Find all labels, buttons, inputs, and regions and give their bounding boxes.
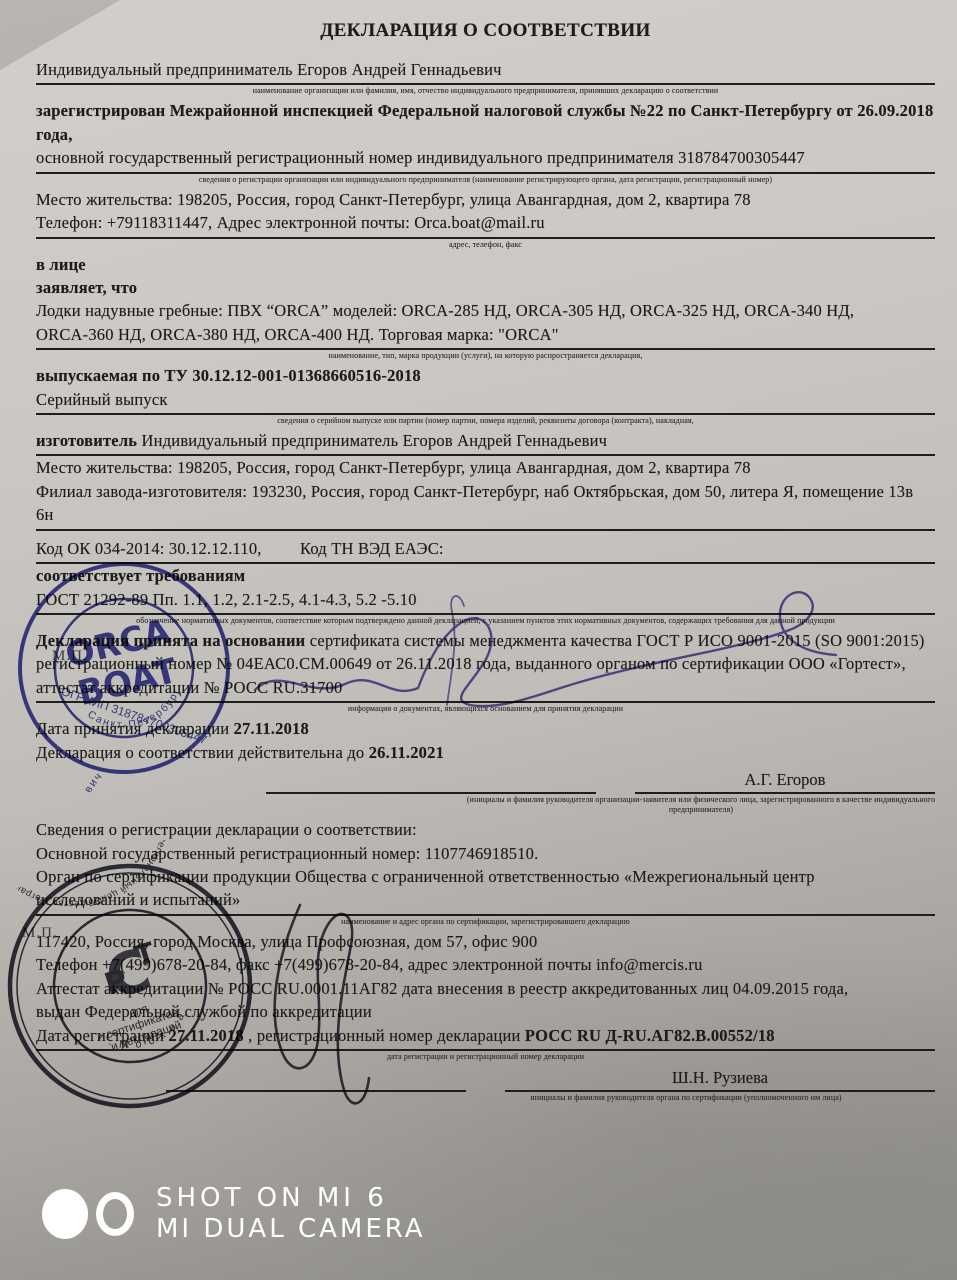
camera-dot-filled-icon	[42, 1189, 88, 1239]
watermark-line2: MI DUAL CAMERA	[156, 1214, 426, 1245]
watermark-line1: SHOT ON MI 6	[156, 1183, 426, 1214]
watermark-text: SHOT ON MI 6 MI DUAL CAMERA	[156, 1183, 426, 1245]
camera-dot-ring-icon	[96, 1192, 134, 1236]
dual-camera-icon	[42, 1189, 134, 1239]
camera-watermark: SHOT ON MI 6 MI DUAL CAMERA	[42, 1183, 426, 1245]
registrar-signature-ink	[0, 0, 957, 1280]
